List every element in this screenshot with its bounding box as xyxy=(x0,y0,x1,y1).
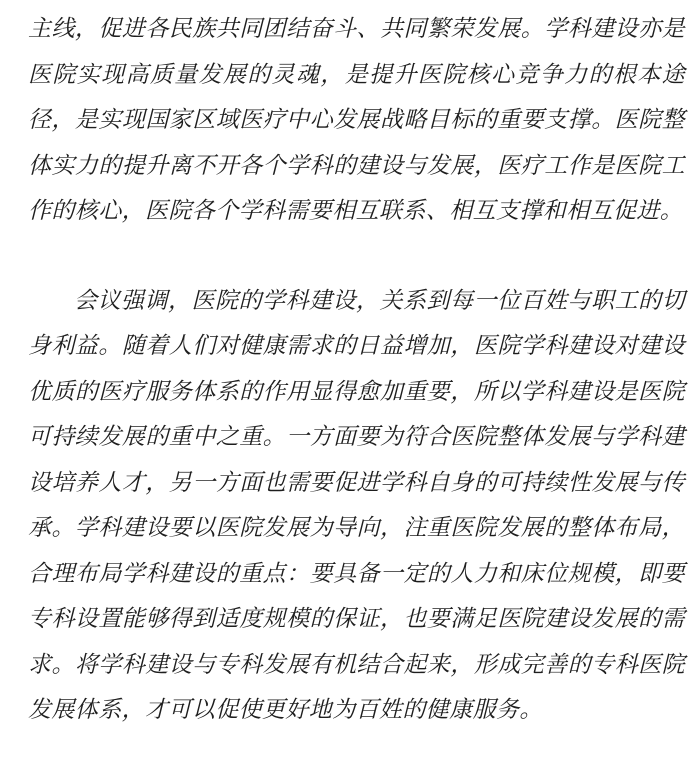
document-page: 主线，促进各民族共同团结奋斗、共同繁荣发展。学科建设亦是医院实现高质量发展的灵魂… xyxy=(0,0,700,771)
paragraph-continuation: 主线，促进各民族共同团结奋斗、共同繁荣发展。学科建设亦是医院实现高质量发展的灵魂… xyxy=(28,6,685,234)
paragraph-meeting-emphasis: 会议强调，医院的学科建设，关系到每一位百姓与职工的切身利益。随着人们对健康需求的… xyxy=(28,278,685,733)
